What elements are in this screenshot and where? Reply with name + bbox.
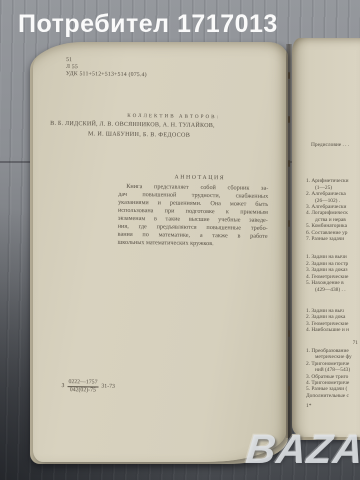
authors-heading: КОЛЛЕКТИВ АВТОРОВ:: [127, 113, 220, 120]
authors-line: В. Б. ЛИДСКИЙ, Л. В. ОВСЯННИКОВ, А. Н. Т…: [50, 121, 215, 129]
code-line: УДК 511+512+513+514 (075.4): [66, 71, 147, 79]
stitch-mark: [288, 386, 291, 393]
toc-line: Дополнительные с: [306, 393, 360, 399]
left-page-content: 51 Л 55 УДК 511+512+513+514 (075.4) КОЛЛ…: [29, 41, 288, 464]
listing-photo: 51 Л 55 УДК 511+512+513+514 (075.4) КОЛЛ…: [0, 0, 360, 480]
stitch-mark: [288, 160, 291, 167]
authors-line: М. И. ШАБУНИН, Б. В. ФЕДОСОВ: [88, 131, 190, 138]
stitch-mark: [288, 220, 291, 227]
user-watermark-label: Потребител 1717013: [18, 10, 278, 39]
catalog-codes: 51 Л 55 УДК 511+512+513+514 (075.4): [66, 57, 147, 79]
book-left-page: 51 Л 55 УДК 511+512+513+514 (075.4) КОЛЛ…: [33, 42, 286, 462]
print-order-code: З 0222—1757 042(02)-75 31-73: [61, 379, 115, 394]
toc-line: 4. Наибольшие и н: [306, 327, 360, 333]
signature-mark: 1*: [306, 403, 360, 409]
site-watermark-logo: BAZAR: [244, 426, 360, 473]
toc-line: 7. Разные задачи: [306, 236, 360, 242]
stitch-mark: [288, 330, 291, 337]
print-code-suffix: 31-73: [101, 384, 115, 390]
print-code-fraction: 0222—1757 042(02)-75: [67, 379, 98, 394]
toc-line: метрические фу: [306, 354, 360, 360]
print-code-denominator: 042(02)-75: [70, 387, 96, 394]
book-right-page: Предисловие . . . 1. Арифметически (1—25…: [292, 38, 360, 437]
annotation-heading: АННОТАЦИЯ: [174, 175, 225, 182]
toc-line: Предисловие . . .: [306, 142, 360, 148]
toc-page-number: 71: [306, 340, 360, 346]
stitch-mark: [288, 72, 291, 79]
annotation-paragraph: Книга представляет собой сборник за- дач…: [117, 183, 268, 249]
toc-line: (429—438) . .: [306, 287, 360, 293]
print-code-letter: З: [61, 383, 64, 389]
stitch-mark: [288, 116, 291, 123]
table-of-contents: Предисловие . . . 1. Арифметически (1—25…: [306, 142, 360, 410]
